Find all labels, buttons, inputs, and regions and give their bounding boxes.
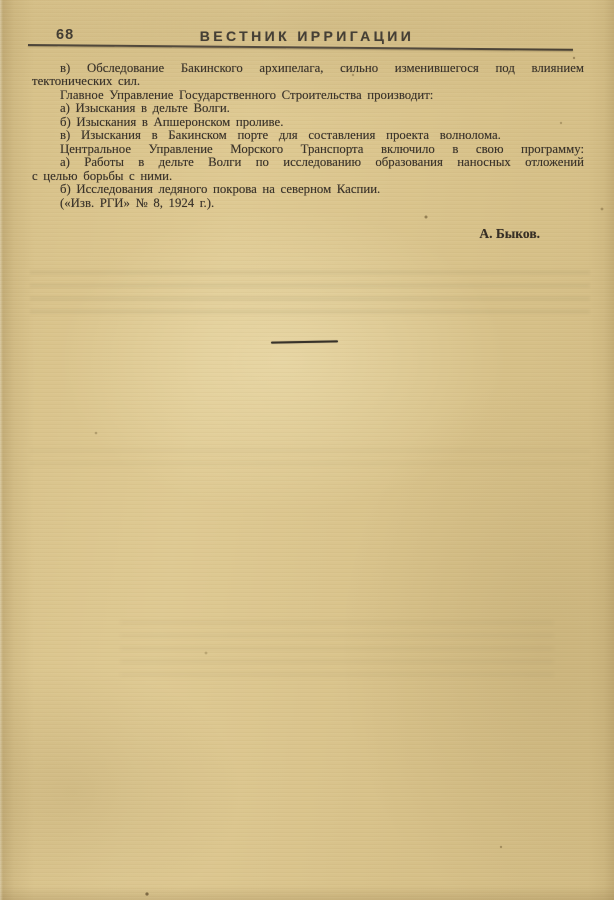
paper-specks (0, 0, 2, 2)
show-through-smudge (30, 448, 590, 474)
text-line: в) Изыскания в Бакинском порте для соста… (32, 129, 584, 142)
scanned-journal-page: 68 ВЕСТНИК ИРРИГАЦИИ в) Обследование Бак… (0, 0, 614, 900)
article-text-block: в) Обследование Бакинского архипелага, с… (32, 62, 584, 210)
show-through-smudge (30, 270, 590, 318)
text-line: («Изв. РГИ» № 8, 1924 г.). (32, 197, 584, 210)
text-line: Главное Управление Государственного Стро… (32, 89, 584, 102)
text-line: тектонических сил. (32, 75, 584, 88)
text-line: в) Обследование Бакинского архипелага, с… (32, 62, 584, 75)
text-line: с целью борьбы с ними. (32, 170, 584, 183)
text-line: б) Исследования ледяного покрова на севе… (32, 183, 584, 196)
text-line: Центральное Управление Морского Транспор… (32, 143, 584, 156)
author-signature: А. Быков. (0, 226, 614, 242)
text-line: а) Изыскания в дельте Волги. (32, 102, 584, 115)
show-through-smudge (120, 620, 554, 684)
text-line: б) Изыскания в Апшеронском проливе. (32, 116, 584, 129)
text-line: а) Работы в дельте Волги по исследованию… (32, 156, 584, 169)
section-divider-rule (271, 340, 338, 343)
journal-title: ВЕСТНИК ИРРИГАЦИИ (0, 28, 614, 44)
header-rule (28, 44, 573, 51)
